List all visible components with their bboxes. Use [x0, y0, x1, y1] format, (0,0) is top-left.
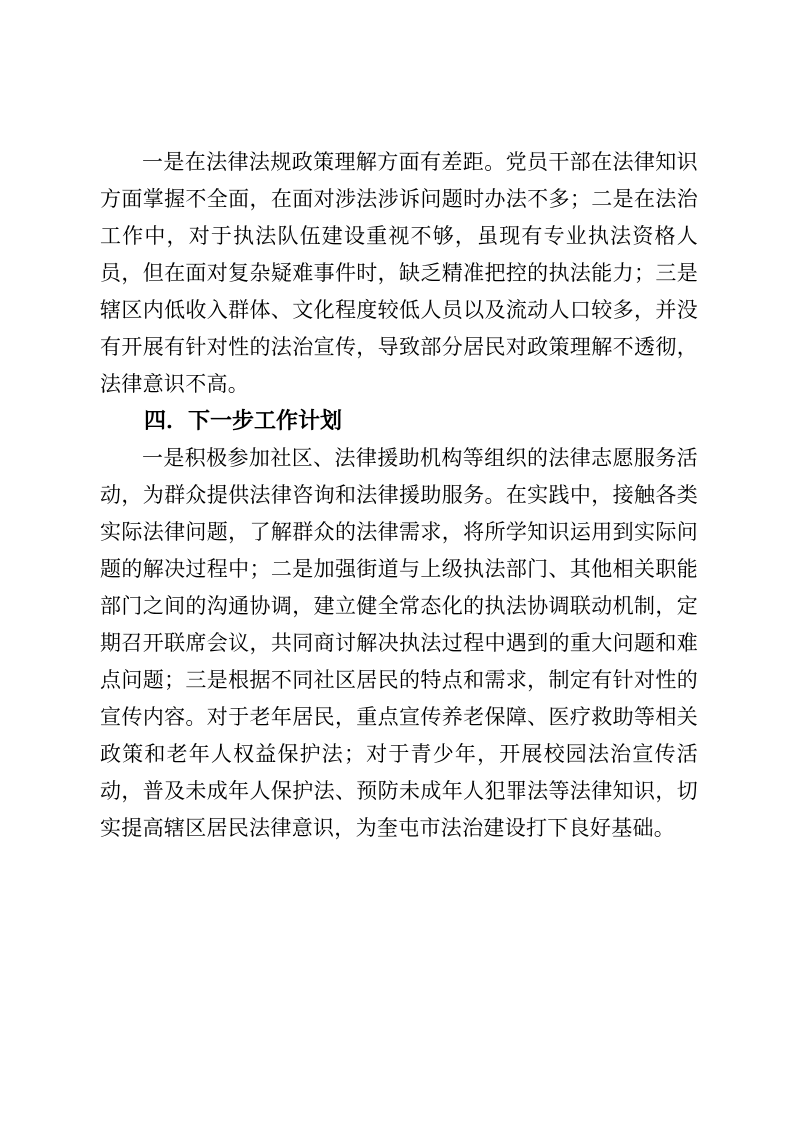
document-content: 一是在法律法规政策理解方面有差距。党员干部在法律知识方面掌握不全面，在面对涉法涉…: [100, 144, 698, 847]
paragraph-problems-continuation: 一是在法律法规政策理解方面有差距。党员干部在法律知识方面掌握不全面，在面对涉法涉…: [100, 144, 698, 403]
section-heading-next-step-work-plan: 四．下一步工作计划: [100, 403, 698, 440]
paragraph-next-step-work-plan: 一是积极参加社区、法律援助机构等组织的法律志愿服务活动，为群众提供法律咨询和法律…: [100, 440, 698, 847]
document-page: 一是在法律法规政策理解方面有差距。党员干部在法律知识方面掌握不全面，在面对涉法涉…: [0, 0, 793, 1122]
